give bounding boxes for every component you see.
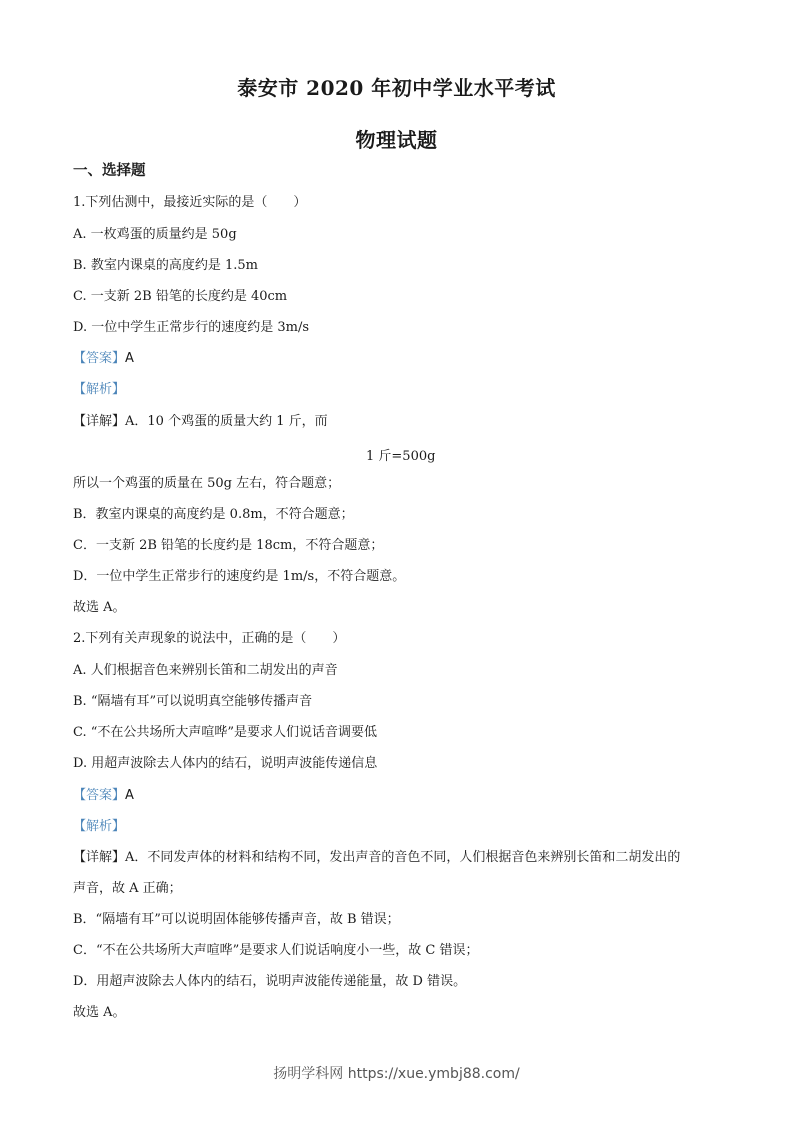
question-2-answer: 【答案】A	[73, 788, 134, 804]
question-2-detail-line-1: 【详解】A．不同发声体的材料和结构不同，发出声音的音色不同，人们根据音色来辨别长…	[73, 850, 680, 866]
question-1-option-d: D. 一位中学生正常步行的速度约是 3m/s	[73, 320, 309, 336]
question-1-detail-line-6: D．一位中学生正常步行的速度约是 1m/s，不符合题意。	[73, 569, 405, 585]
question-1-option-a: A. 一枚鸡蛋的质量约是 50g	[73, 227, 237, 243]
question-1-detail-line-4: B．教室内课桌的高度约是 0.8m，不符合题意；	[73, 507, 354, 523]
question-2-detail-line-3: B．“隔墙有耳”可以说明固体能够传播声音，故 B 错误；	[73, 912, 400, 928]
question-1-equation: 1 斤=500g	[366, 445, 435, 464]
document-page: 泰安市 2020 年初中学业水平考试 物理试题 一、选择题 1.下列估测中，最接…	[0, 0, 793, 1122]
question-2-option-b: B. “隔墙有耳”可以说明真空能够传播声音	[73, 694, 312, 710]
answer-label: 【答案】	[73, 351, 125, 366]
question-1-option-b: B. 教室内课桌的高度约是 1.5m	[73, 258, 258, 274]
question-2-option-c: C. “不在公共场所大声喧哗”是要求人们说话音调要低	[73, 725, 377, 741]
question-1-analysis-label: 【解析】	[73, 382, 125, 398]
question-2-option-a: A. 人们根据音色来辨别长笛和二胡发出的声音	[73, 663, 338, 679]
detail-text: A．不同发声体的材料和结构不同，发出声音的音色不同，人们根据音色来辨别长笛和二胡…	[125, 850, 680, 865]
question-1-option-c: C. 一支新 2B 铅笔的长度约是 40cm	[73, 289, 287, 305]
question-2-stem: 2.下列有关声现象的说法中，正确的是（ ）	[73, 631, 345, 647]
question-2-option-d: D. 用超声波除去人体内的结石，说明声波能传递信息	[73, 756, 377, 772]
question-1-detail-line-5: C．一支新 2B 铅笔的长度约是 18cm，不符合题意；	[73, 538, 383, 554]
document-subtitle: 物理试题	[0, 124, 793, 153]
section-heading: 一、选择题	[73, 163, 146, 179]
question-2-detail-line-5: D．用超声波除去人体内的结石，说明声波能传递能量，故 D 错误。	[73, 974, 466, 990]
answer-value: A	[125, 788, 134, 803]
question-2-analysis-label: 【解析】	[73, 819, 125, 835]
question-1-stem: 1.下列估测中，最接近实际的是（ ）	[73, 195, 306, 211]
question-1-answer: 【答案】A	[73, 351, 134, 367]
document-title: 泰安市 2020 年初中学业水平考试	[0, 72, 793, 101]
question-2-detail-line-2: 声音，故 A 正确；	[73, 881, 182, 897]
answer-label: 【答案】	[73, 788, 125, 803]
detail-text: A．10 个鸡蛋的质量大约 1 斤，而	[125, 414, 328, 429]
question-1-conclusion: 故选 A。	[73, 600, 126, 616]
detail-label: 【详解】	[73, 850, 125, 865]
question-1-detail-line-1: 【详解】A．10 个鸡蛋的质量大约 1 斤，而	[73, 414, 328, 430]
question-2-conclusion: 故选 A。	[73, 1005, 126, 1021]
detail-label: 【详解】	[73, 414, 125, 429]
question-1-detail-line-3: 所以一个鸡蛋的质量在 50g 左右，符合题意；	[73, 476, 340, 492]
answer-value: A	[125, 351, 134, 366]
footer-watermark: 扬明学科网 https://xue.ymbj88.com/	[0, 1063, 793, 1083]
question-2-detail-line-4: C．“不在公共场所大声喧哗”是要求人们说话响度小一些，故 C 错误；	[73, 943, 478, 959]
